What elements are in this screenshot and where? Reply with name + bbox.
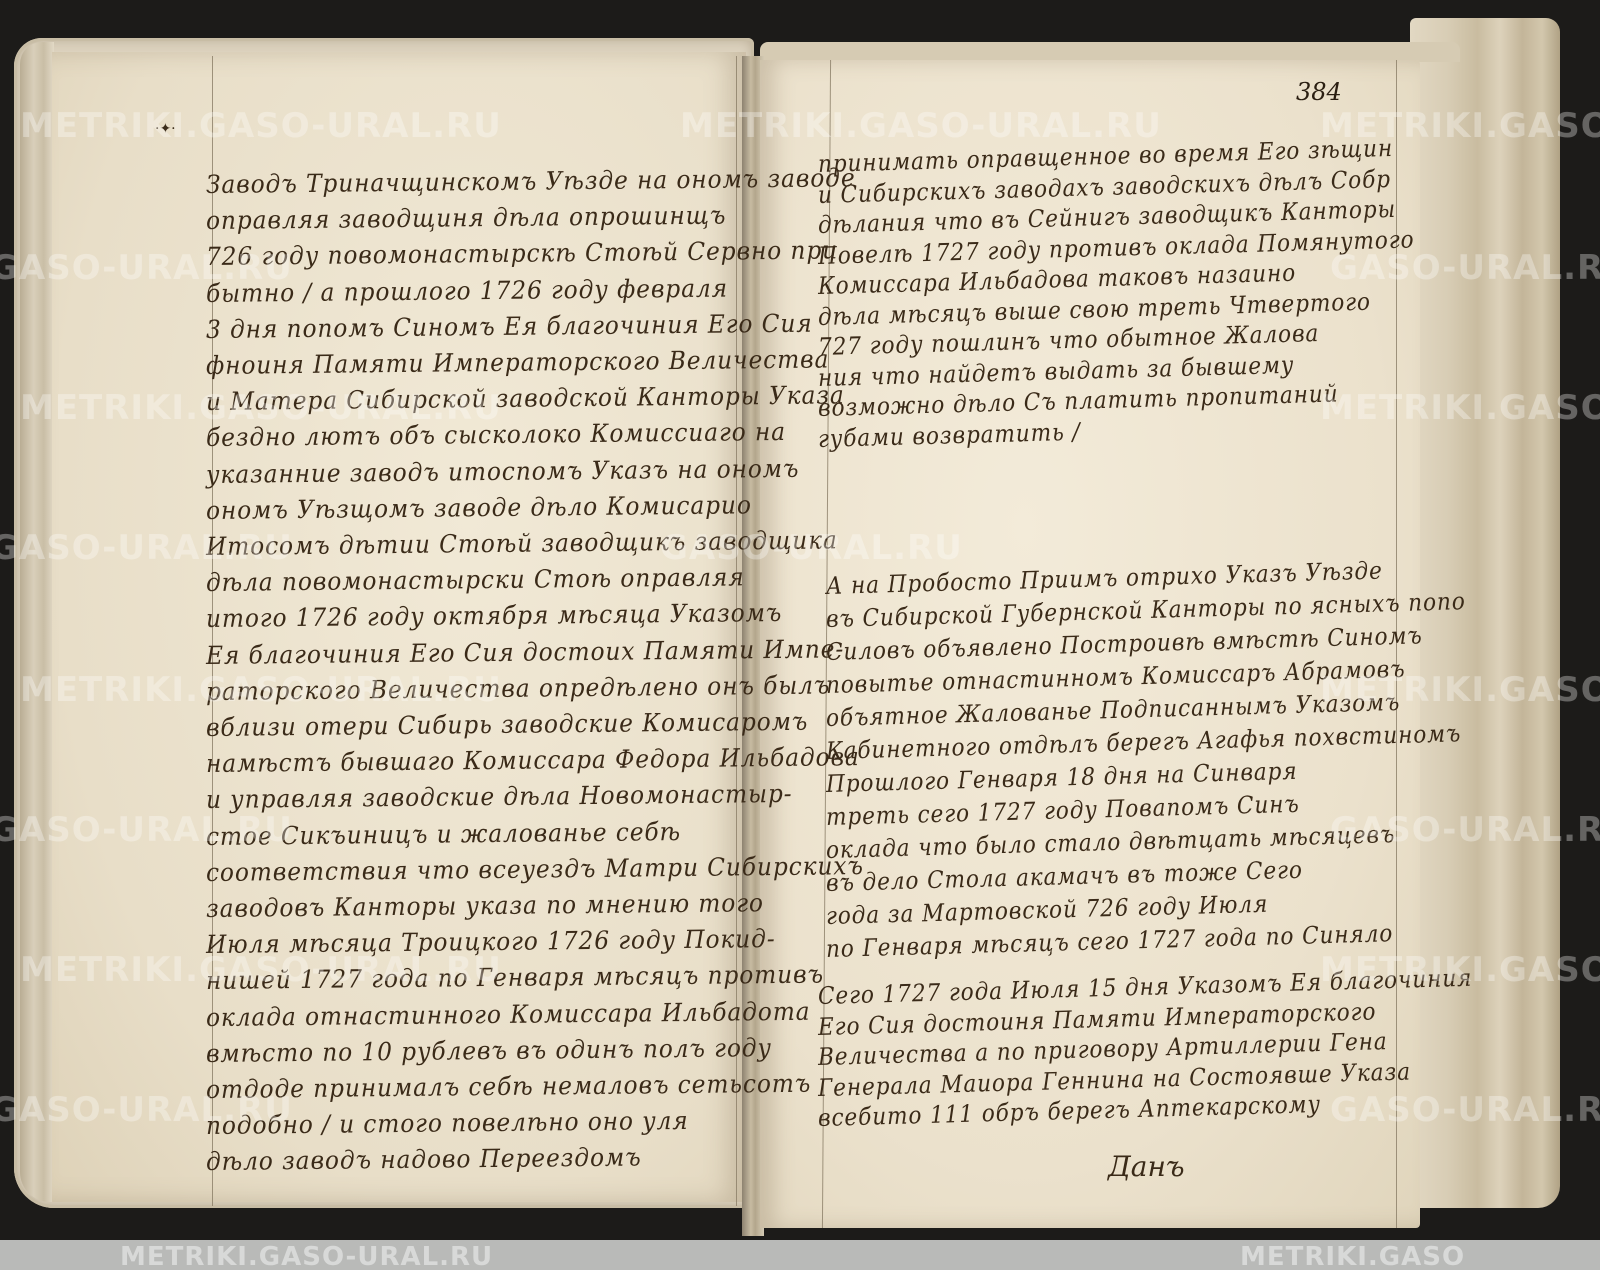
manuscript-line: бытно / а прошлого 1726 году февраля <box>206 274 690 308</box>
manuscript-line: дѣла повомонастырски Стоѣ оправляя <box>206 563 690 597</box>
ink-fleck: ·✦· <box>155 121 176 137</box>
manuscript-line: указанние заводъ итоспомъ Указъ на ономъ <box>206 455 690 489</box>
manuscript-line: стое Сикъиницъ и жалованье себѣ <box>206 817 690 851</box>
manuscript-line: вмѣсто по 10 рублевъ въ одинъ полъ году <box>206 1034 690 1068</box>
manuscript-line: дѣло заводъ надово Переездомъ <box>206 1142 690 1176</box>
right-page-top-edge <box>760 42 1460 62</box>
manuscript-line: и управляя заводские дѣла Новомонастыр- <box>206 780 690 814</box>
manuscript-line: подобно / и стого повелѣно оно уля <box>206 1106 690 1140</box>
manuscript-line: и Матера Сибирской заводской Канторы Ука… <box>206 382 690 416</box>
manuscript-line: Итосомъ дѣтии Стоѣй заводщикъ заводщика <box>206 527 690 561</box>
manuscript-scan: ·✦· 384 Заводъ Триначщинскомъ Уѣзде на о… <box>0 0 1600 1240</box>
manuscript-line: заводовъ Канторы указа по мнению того <box>206 889 690 923</box>
manuscript-line: вблизи отери Сибирь заводские Комисаромъ <box>206 708 690 742</box>
manuscript-line: Июля мѣсяца Троицкого 1726 году Покид- <box>206 925 690 959</box>
manuscript-line: ономъ Уѣзщомъ заводе дѣло Комисарио <box>206 491 690 525</box>
manuscript-line: раторского Величества опредѣлено онъ был… <box>206 672 690 706</box>
manuscript-line: отдоде принималъ себѣ немаловъ сетьсотъ <box>206 1070 690 1104</box>
manuscript-line: нишей 1727 года по Генваря мѣсяцъ против… <box>206 961 690 995</box>
manuscript-line: Ея благочиния Его Сия достоих Памяти Имп… <box>206 636 690 670</box>
page-number: 384 <box>1296 78 1342 106</box>
signature: Данъ <box>1108 1150 1185 1183</box>
left-page-edges <box>20 42 54 1202</box>
manuscript-line: оклада отнастинного Комиссара Ильбадота <box>206 998 690 1032</box>
manuscript-line: Заводъ Триначщинскомъ Уѣзде на ономъ зав… <box>206 165 690 199</box>
bottom-watermark-text: METRIKI.GASO <box>1240 1242 1465 1270</box>
bottom-watermark-text: METRIKI.GASO-URAL.RU <box>120 1242 493 1270</box>
manuscript-line: намѣстъ бывшаго Комиссара Федора Ильбадо… <box>206 744 690 778</box>
manuscript-line: 3 дня попомъ Синомъ Ея благочиния Его Си… <box>206 310 690 344</box>
bottom-watermark-band: METRIKI.GASO-URAL.RU METRIKI.GASO <box>0 1240 1600 1270</box>
manuscript-line: оправляя заводщиня дѣла опрошинщъ <box>206 201 690 235</box>
manuscript-line: 726 году повомонастырскѣ Стоѣй Сервно пр… <box>206 237 690 271</box>
manuscript-line: соответствия что всеуездъ Матри Сибирски… <box>206 853 690 887</box>
manuscript-line: итого 1726 году октября мѣсяца Указомъ <box>206 599 690 633</box>
manuscript-line: бездно лютъ объ сысколоко Комиссиаго на <box>206 418 690 452</box>
manuscript-line: фноиня Памяти Императорского Величества <box>206 346 690 380</box>
